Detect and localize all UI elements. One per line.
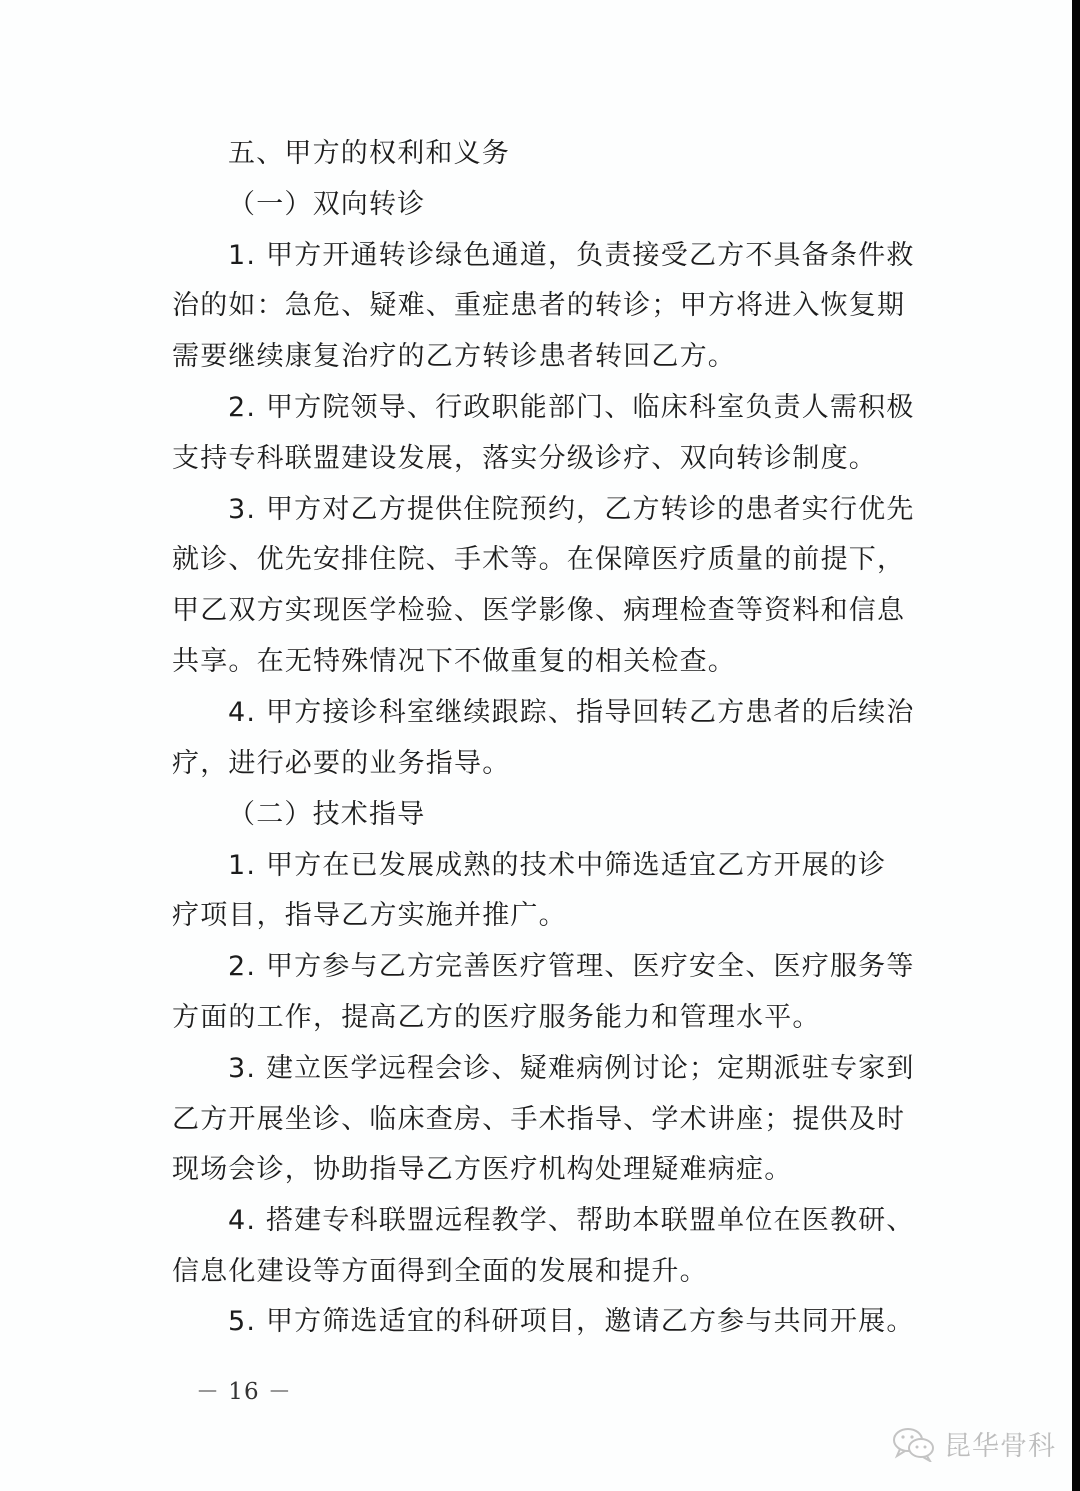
paragraph-line: 治的如：急危、疑难、重症患者的转诊；甲方将进入恢复期: [172, 288, 905, 324]
paragraph-line: 疗项目，指导乙方实施并推广。: [172, 898, 567, 934]
paragraph-line: 乙方开展坐诊、临床查房、手术指导、学术讲座；提供及时: [172, 1102, 905, 1138]
subsection-title-technical-guidance: （二）技术指导: [228, 797, 425, 833]
wechat-icon: [892, 1426, 936, 1462]
subsection-title-referral: （一）双向转诊: [228, 187, 425, 223]
paragraph-line: 3. 建立医学远程会诊、疑难病例讨论；定期派驻专家到: [228, 1051, 915, 1087]
paragraph-line: 共享。在无特殊情况下不做重复的相关检查。: [172, 644, 736, 680]
scan-edge-strip: [1072, 0, 1080, 1491]
paragraph-line: 3. 甲方对乙方提供住院预约，乙方转诊的患者实行优先: [228, 492, 915, 528]
document-page: 五、甲方的权利和义务 （一）双向转诊 1. 甲方开通转诊绿色通道，负责接受乙方不…: [0, 0, 1072, 1491]
wechat-watermark: 昆华骨科: [892, 1424, 1056, 1463]
paragraph-line: 需要继续康复治疗的乙方转诊患者转回乙方。: [172, 339, 736, 375]
paragraph-line: 1. 甲方开通转诊绿色通道，负责接受乙方不具备条件救: [228, 238, 915, 274]
paragraph-line: 信息化建设等方面得到全面的发展和提升。: [172, 1254, 708, 1290]
paragraph-line: 支持专科联盟建设发展，落实分级诊疗、双向转诊制度。: [172, 441, 877, 477]
paragraph-line: 2. 甲方参与乙方完善医疗管理、医疗安全、医疗服务等: [228, 949, 915, 985]
paragraph-line: 4. 甲方接诊科室继续跟踪、指导回转乙方患者的后续治: [228, 695, 915, 731]
paragraph-line: 疗，进行必要的业务指导。: [172, 746, 510, 782]
paragraph-line: 方面的工作，提高乙方的医疗服务能力和管理水平。: [172, 1000, 821, 1036]
paragraph-line: 5. 甲方筛选适宜的科研项目，邀请乙方参与共同开展。: [228, 1304, 915, 1340]
watermark-text: 昆华骨科: [944, 1424, 1056, 1463]
section-title: 五、甲方的权利和义务: [228, 136, 510, 172]
paragraph-line: 就诊、优先安排住院、手术等。在保障医疗质量的前提下，: [172, 542, 905, 578]
paragraph-line: 甲乙双方实现医学检验、医学影像、病理检查等资料和信息: [172, 593, 905, 629]
page-number: － 16 －: [196, 1373, 292, 1406]
paragraph-line: 1. 甲方在已发展成熟的技术中筛选适宜乙方开展的诊: [228, 848, 886, 884]
paragraph-line: 4. 搭建专科联盟远程教学、帮助本联盟单位在医教研、: [228, 1203, 915, 1239]
paragraph-line: 2. 甲方院领导、行政职能部门、临床科室负责人需积极: [228, 390, 915, 426]
paragraph-line: 现场会诊，协助指导乙方医疗机构处理疑难病症。: [172, 1152, 792, 1188]
